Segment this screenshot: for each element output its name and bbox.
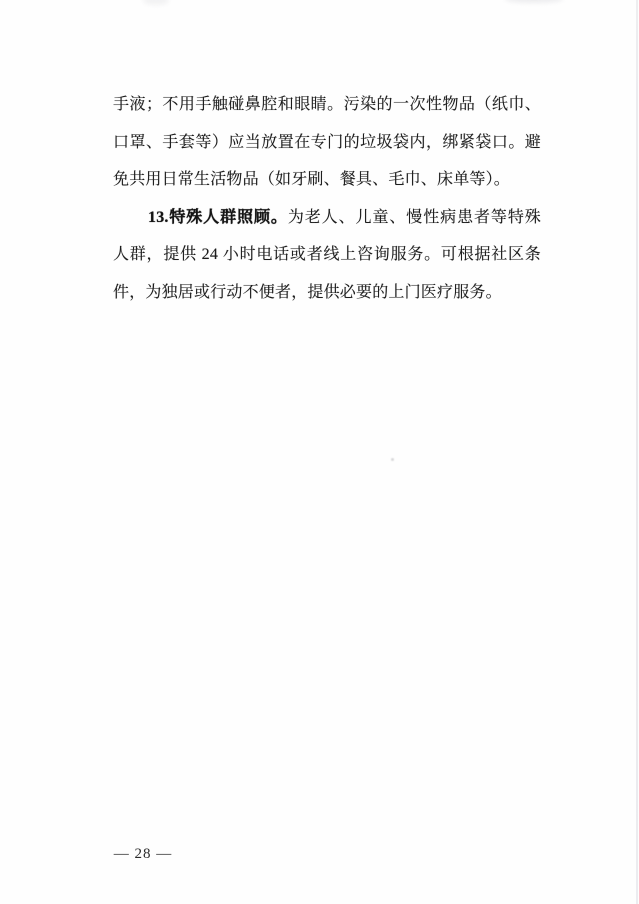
body-text: 手液；不用手触碰鼻腔和眼睛。污染的一次性物品（纸巾、 口罩、手套等）应当放置在专… (113, 86, 541, 311)
paragraph-2-line-1: 13.特殊人群照顾。为老人、儿童、慢性病患者等特殊 (113, 199, 541, 237)
paragraph-1-line-1: 手液；不用手触碰鼻腔和眼睛。污染的一次性物品（纸巾、 (113, 86, 541, 124)
item-13-heading: 13.特殊人群照顾。 (148, 209, 288, 226)
paragraph-1-line-3: 免共用日常生活物品（如牙刷、餐具、毛巾、床单等）。 (113, 161, 541, 199)
item-13-text-start: 为老人、儿童、慢性病患者等特殊 (288, 209, 541, 226)
paragraph-1-line-2: 口罩、手套等）应当放置在专门的垃圾袋内，绑紧袋口。避 (113, 124, 541, 162)
scan-smudge-artifact (143, 0, 169, 5)
scan-smudge-artifact (505, 0, 563, 3)
paragraph-2-line-2: 人群，提供 24 小时电话或者线上咨询服务。可根据社区条 (113, 236, 541, 274)
paragraph-2-line-3: 件，为独居或行动不便者，提供必要的上门医疗服务。 (113, 274, 541, 312)
scan-edge-artifact (636, 0, 638, 904)
page-number: — 28 — (101, 846, 185, 863)
scan-speck-artifact (391, 458, 394, 461)
document-page: 手液；不用手触碰鼻腔和眼睛。污染的一次性物品（纸巾、 口罩、手套等）应当放置在专… (0, 0, 639, 904)
